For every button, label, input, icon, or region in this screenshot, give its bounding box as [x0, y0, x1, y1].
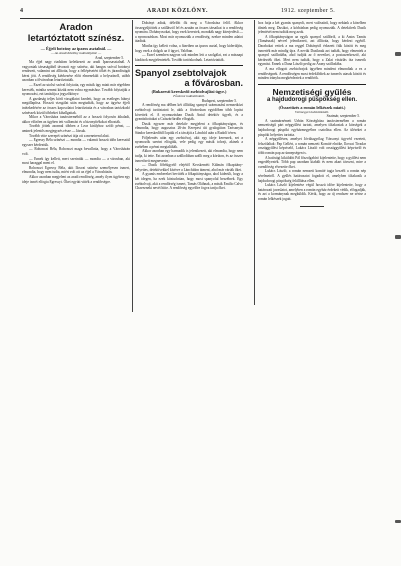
scan-artifact: [395, 520, 401, 523]
column-divider: [254, 20, 255, 305]
paragraph: Rohonczi Egressy Béla, akit Ilosvai szín…: [22, 166, 130, 175]
newspaper-page: 4 ARADI KÖZLÖNY. 1912. szeptember 5. Ara…: [0, 0, 401, 566]
paragraph: Ma éjjel nagy riadalom keletkezett az ar…: [22, 60, 130, 83]
paragraph: A főkapitányságon az egyik spanyol száll…: [258, 35, 366, 67]
paragraph: Akkor azonban megjelent az aradi rendőrs…: [22, 175, 130, 184]
column-1: Aradon letartóztatott színész. — Éjjeli …: [22, 21, 130, 313]
paragraph: A népgyűlésen, amelyet Jóváhagyólag Vázs…: [258, 137, 366, 155]
paragraph: hox futja a két gyanús spanyolt, mert va…: [258, 21, 366, 35]
paragraph: A gazdaság teljes körű vizsgálatot kezde…: [22, 97, 130, 115]
article-headline: Nemzetiségi gyűlés a hajdudorogi püspöks…: [258, 87, 366, 104]
scan-artifact: [395, 235, 401, 239]
header-rule: [20, 18, 332, 19]
paragraph: Akkor azonban egy harmadik is jelentkeze…: [135, 149, 243, 163]
paragraph: Mikor a Városháza tanácsterméből az a ho…: [22, 115, 130, 124]
paragraph: Lukács László kijelentése végül hosszú i…: [258, 183, 366, 201]
paragraph: — Dusik főfelügyelő elejétől Kecskeméti …: [135, 163, 243, 172]
paragraph: A szatmárnémeti Urbán Községháza tanácst…: [258, 119, 366, 137]
column-2: Dohányt adtak, délelőtt ők meg a Városhá…: [135, 21, 243, 306]
scan-artifact: [395, 52, 401, 56]
paragraph: — Rohonczi Béla, Rohonczi maga bevallott…: [22, 147, 130, 156]
paragraph: A rendőrség ma délben két állítólag span…: [135, 103, 243, 121]
paragraph: — Ezzel az utolsó szóval folytatta, egy …: [22, 83, 130, 97]
paragraph: Lukács László, a román nemzeti komité ta…: [258, 169, 366, 183]
paragraph: Dohányt adtak, délelőtt ők meg a Városhá…: [135, 21, 243, 44]
paragraph: Tovább jöttek azonnal többen a Lear kirá…: [22, 124, 130, 133]
paragraph: A hatósági kiküldött Pál főszolgabíró ki…: [258, 156, 366, 170]
issue-date: 1912. szeptember 5.: [281, 8, 335, 14]
paragraph: A gyanús embereket bevitték a főkapitány…: [135, 172, 243, 190]
paragraph: Följelentés után egy zsebtolvaj, akit eg…: [135, 136, 243, 150]
article-headline: Aradon letartóztatott színész.: [22, 23, 130, 44]
paragraph: — Egressy Béla színészt — mondta — valam…: [22, 138, 130, 147]
paragraph: Dusik egyszer már detektív megjelent a f…: [135, 122, 243, 136]
column-3: hox futja a két gyanús spanyolt, mert va…: [258, 21, 366, 301]
article-separator: [135, 65, 243, 66]
page-header: 4 ARADI KÖZLÖNY. 1912. szeptember 5.: [20, 8, 335, 18]
end-rule: [300, 206, 324, 207]
paragraph: A ma elfogott zsebtolvajok ügyében minde…: [258, 67, 366, 81]
paragraph: Mintha így kellett volna, a füzetben az …: [135, 44, 243, 53]
article-headline: Spanyol zsebtolvajok a fővárosban.: [135, 68, 243, 88]
article-separator: [258, 84, 366, 85]
column-divider: [132, 20, 133, 312]
paragraph: — Ezzel szemben nagyon sok minden lett a…: [135, 53, 243, 62]
paragraph: — Ennek így kellett, mert szerintük — mo…: [22, 157, 130, 166]
